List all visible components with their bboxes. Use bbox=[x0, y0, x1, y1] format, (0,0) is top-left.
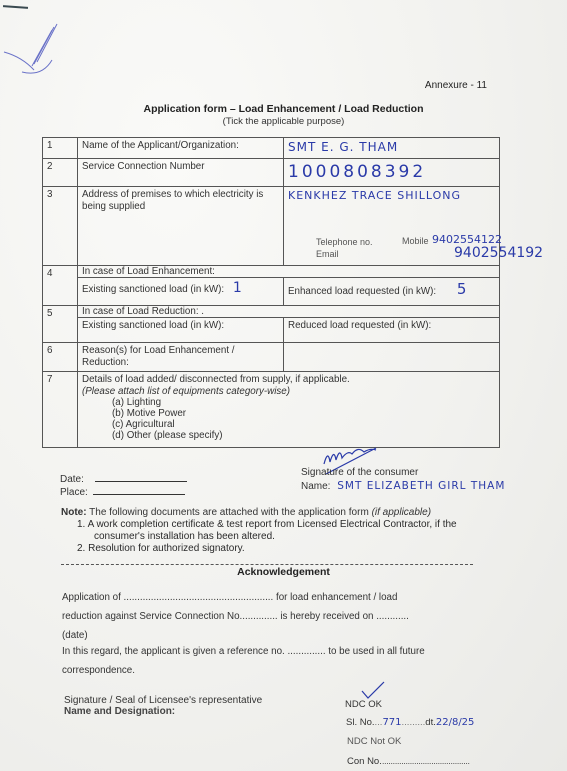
form-title: Application form – Load Enhancement / Lo… bbox=[0, 103, 567, 115]
enh-requested-load-cell: Enhanced load requested (in kW): 5 bbox=[284, 278, 500, 306]
address-cell: KENKHEZ TRACE SHILLONG Telephone no. Ema… bbox=[284, 187, 500, 266]
load-reduction-label: In case of Load Reduction: . bbox=[78, 306, 500, 318]
address-field[interactable]: KENKHEZ TRACE SHILLONG bbox=[288, 189, 495, 202]
telephone-label: Telephone no. bbox=[316, 237, 373, 247]
pen-mark bbox=[3, 5, 28, 9]
annexure-label: Annexure - 11 bbox=[425, 80, 487, 91]
load-category-item: (d) Other (please specify) bbox=[82, 430, 495, 441]
consumer-name-label: Name: bbox=[301, 481, 330, 492]
note-item: 2. Resolution for authorized signatory. bbox=[77, 543, 457, 555]
service-connection-label: Service Connection Number bbox=[78, 159, 284, 187]
enh-existing-load-cell: Existing sanctioned load (in kW): 1 bbox=[78, 278, 284, 306]
load-details-note: (Please attach list of equipments catego… bbox=[82, 386, 495, 398]
note-item: consumer's installation has been altered… bbox=[77, 531, 457, 543]
enh-requested-load-label: Enhanced load requested (in kW): bbox=[288, 286, 436, 297]
enh-existing-load-field[interactable]: 1 bbox=[233, 280, 243, 296]
load-details-cell: Details of load added/ disconnected from… bbox=[78, 372, 500, 448]
mobile-field-2[interactable]: 9402554192 bbox=[454, 245, 543, 261]
form-row: 6 Reason(s) for Load Enhancement / Reduc… bbox=[43, 343, 500, 372]
load-category-item: (b) Motive Power bbox=[82, 408, 495, 419]
dt-field[interactable]: 22/8/25 bbox=[436, 717, 475, 728]
note-body: The following documents are attached wit… bbox=[89, 507, 369, 518]
place-label: Place: bbox=[60, 487, 88, 498]
ack-line: (date) bbox=[62, 630, 88, 641]
signature-label: Signature of the consumer bbox=[301, 467, 418, 478]
pen-scribble-icon bbox=[2, 22, 62, 77]
reason-label: Reason(s) for Load Enhancement / Reducti… bbox=[78, 343, 284, 372]
divider bbox=[61, 564, 473, 565]
document-page: Annexure - 11 Application form – Load En… bbox=[0, 0, 567, 771]
licensee-signature-label: Signature / Seal of Licensee's represent… bbox=[64, 695, 262, 706]
sl-no-label: Sl. No. bbox=[346, 717, 375, 728]
note-item: 1. A work completion certificate & test … bbox=[77, 519, 457, 531]
load-category-item: (a) Lighting bbox=[82, 397, 495, 408]
form-row: Existing sanctioned load (in kW): 1 Enha… bbox=[43, 278, 500, 306]
place-input-line[interactable] bbox=[93, 485, 185, 495]
email-label: Email bbox=[316, 249, 339, 259]
red-requested-load-label: Reduced load requested (in kW): bbox=[288, 320, 431, 331]
designation-label: Name and Designation: bbox=[64, 706, 175, 717]
consumer-name-group: Name: SMT ELIZABETH GIRL THAM bbox=[301, 480, 505, 492]
load-category-list: (a) Lighting (b) Motive Power (c) Agricu… bbox=[82, 397, 495, 441]
ndc-not-ok-label: NDC Not OK bbox=[347, 736, 401, 747]
note-text: Note: The following documents are attach… bbox=[61, 507, 431, 518]
load-details-label: Details of load added/ disconnected from… bbox=[82, 374, 495, 386]
ndc-sl-no-group: Sl. No....771.........dt.22/8/25 bbox=[346, 717, 474, 728]
row-number: 3 bbox=[43, 187, 78, 266]
load-category-item: (c) Agricultural bbox=[82, 419, 495, 430]
acknowledgement-title: Acknowledgement bbox=[0, 566, 567, 578]
form-row: Existing sanctioned load (in kW): Reduce… bbox=[43, 318, 500, 343]
con-no-field[interactable]: ........................................… bbox=[382, 756, 470, 767]
red-existing-load-label: Existing sanctioned load (in kW): bbox=[82, 320, 224, 331]
load-enhancement-label: In case of Load Enhancement: bbox=[78, 266, 500, 278]
address-label: Address of premises to which electricity… bbox=[78, 187, 284, 266]
mobile-label: Mobile bbox=[402, 236, 429, 246]
note-label: Note: bbox=[61, 507, 87, 518]
row-number: 6 bbox=[43, 343, 78, 372]
place-field-group: Place: bbox=[60, 485, 185, 498]
form-row: 5 In case of Load Reduction: . bbox=[43, 306, 500, 318]
ack-line: correspondence. bbox=[62, 665, 135, 676]
application-form-table: 1 Name of the Applicant/Organization: SM… bbox=[42, 137, 500, 448]
row-number: 5 bbox=[43, 306, 78, 343]
form-row: 3 Address of premises to which electrici… bbox=[43, 187, 500, 266]
checkmark-icon bbox=[360, 681, 386, 699]
consumer-name-field[interactable]: SMT ELIZABETH GIRL THAM bbox=[337, 480, 505, 492]
form-row: 4 In case of Load Enhancement: bbox=[43, 266, 500, 278]
date-field-group: Date: bbox=[60, 472, 187, 485]
applicant-name-field[interactable]: SMT E. G. THAM bbox=[284, 138, 500, 159]
row-number: 2 bbox=[43, 159, 78, 187]
sl-no-field[interactable]: 771 bbox=[382, 717, 401, 728]
con-no-label: Con No. bbox=[347, 756, 382, 767]
form-row: 1 Name of the Applicant/Organization: SM… bbox=[43, 138, 500, 159]
ack-line: Application of .........................… bbox=[62, 592, 397, 603]
form-row: 2 Service Connection Number 1000808392 bbox=[43, 159, 500, 187]
ack-line: reduction against Service Connection No.… bbox=[62, 611, 409, 622]
row-number: 1 bbox=[43, 138, 78, 159]
form-row: 7 Details of load added/ disconnected fr… bbox=[43, 372, 500, 448]
applicant-name-label: Name of the Applicant/Organization: bbox=[78, 138, 284, 159]
enh-existing-load-label: Existing sanctioned load (in kW): bbox=[82, 284, 224, 295]
dt-label: dt. bbox=[425, 717, 436, 728]
ack-line: In this regard, the applicant is given a… bbox=[62, 646, 425, 657]
con-no-group: Con No..................................… bbox=[347, 756, 470, 767]
red-existing-load-cell: Existing sanctioned load (in kW): bbox=[78, 318, 284, 343]
service-connection-field[interactable]: 1000808392 bbox=[284, 159, 500, 187]
date-input-line[interactable] bbox=[95, 472, 187, 482]
note-document-list: 1. A work completion certificate & test … bbox=[77, 519, 457, 555]
row-number: 4 bbox=[43, 266, 78, 306]
red-requested-load-cell: Reduced load requested (in kW): bbox=[284, 318, 500, 343]
row-number: 7 bbox=[43, 372, 78, 448]
date-label: Date: bbox=[60, 474, 84, 485]
enh-requested-load-field[interactable]: 5 bbox=[457, 280, 468, 298]
form-subtitle: (Tick the applicable purpose) bbox=[0, 116, 567, 127]
note-italic: (if applicable) bbox=[372, 507, 431, 518]
ndc-ok-label: NDC OK bbox=[345, 699, 382, 710]
reason-field[interactable] bbox=[284, 343, 500, 372]
